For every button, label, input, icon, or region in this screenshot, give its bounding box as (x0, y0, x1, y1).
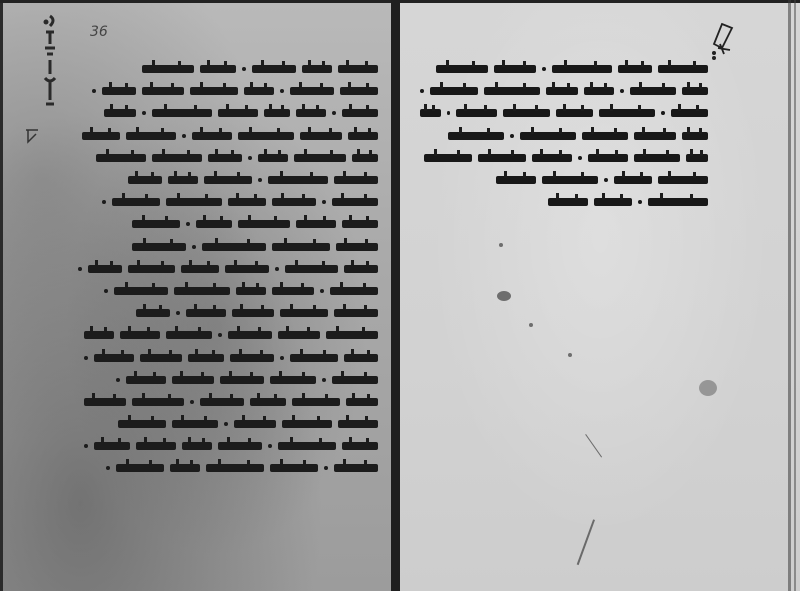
script-word (258, 154, 288, 162)
script-word (294, 154, 346, 162)
corner-mark-icon (710, 22, 740, 62)
script-word (174, 287, 230, 295)
text-line (78, 80, 378, 102)
script-word (192, 132, 232, 140)
script-word (268, 176, 328, 184)
script-word (126, 376, 166, 384)
punctuation-dot (322, 200, 326, 204)
text-line (78, 258, 378, 280)
script-word (230, 354, 274, 362)
script-word (116, 464, 164, 472)
punctuation-dot (268, 444, 272, 448)
script-word (344, 265, 378, 273)
punctuation-dot (280, 356, 284, 360)
script-word (552, 65, 612, 73)
script-word (218, 442, 262, 450)
ink-speck (568, 353, 572, 357)
punctuation-dot (275, 267, 279, 271)
script-word (142, 65, 194, 73)
script-word (272, 243, 330, 251)
text-line (78, 169, 378, 191)
script-word (336, 243, 378, 251)
punctuation-dot (116, 378, 120, 382)
script-word (102, 87, 136, 95)
script-word (290, 87, 334, 95)
script-word (172, 376, 214, 384)
text-line (420, 80, 708, 102)
script-word (496, 176, 536, 184)
text-line (78, 125, 378, 147)
script-word (128, 176, 162, 184)
script-word (686, 154, 708, 162)
script-word (584, 87, 614, 95)
text-line (78, 280, 378, 302)
script-word (128, 265, 175, 273)
script-word (478, 154, 526, 162)
script-word (142, 87, 184, 95)
script-word (326, 331, 378, 339)
punctuation-dot (142, 111, 146, 115)
punctuation-dot (320, 289, 324, 293)
script-word (172, 420, 218, 428)
punctuation-dot (332, 111, 336, 115)
script-word (204, 176, 252, 184)
script-word (84, 331, 114, 339)
page-edge-line (788, 0, 791, 591)
punctuation-dot (192, 245, 196, 249)
script-word (634, 132, 676, 140)
script-word (114, 287, 168, 295)
script-word (96, 154, 146, 162)
text-line (78, 236, 378, 258)
punctuation-dot (638, 200, 642, 204)
script-word (352, 154, 378, 162)
script-word (82, 132, 120, 140)
script-word (532, 154, 572, 162)
script-word (238, 132, 294, 140)
punctuation-dot (106, 466, 110, 470)
script-word (682, 87, 708, 95)
script-word (344, 354, 378, 362)
script-word (599, 109, 655, 117)
script-word (342, 442, 378, 450)
script-word (190, 87, 238, 95)
script-word (348, 132, 378, 140)
script-word (200, 398, 244, 406)
text-line (78, 213, 378, 235)
script-word (84, 398, 126, 406)
text-line (78, 391, 378, 413)
punctuation-dot (510, 134, 514, 138)
punctuation-dot (661, 111, 665, 115)
script-word (342, 109, 378, 117)
text-line (78, 369, 378, 391)
script-word (118, 420, 166, 428)
punctuation-dot (84, 444, 88, 448)
script-word (290, 354, 338, 362)
marginal-note-icon (40, 10, 60, 120)
script-word (94, 442, 130, 450)
text-line (420, 169, 708, 191)
book-gutter (391, 0, 400, 591)
script-word (334, 176, 378, 184)
script-word (448, 132, 504, 140)
script-word (340, 87, 378, 95)
text-line (78, 58, 378, 80)
text-line (78, 324, 378, 346)
script-word (225, 265, 269, 273)
script-word (270, 376, 316, 384)
script-word (296, 109, 326, 117)
script-word (182, 442, 212, 450)
script-word (484, 87, 540, 95)
page-edge-line (794, 0, 796, 591)
ink-blot (497, 291, 511, 301)
script-word (338, 65, 378, 73)
script-word (166, 331, 212, 339)
script-word (332, 376, 378, 384)
script-word (556, 109, 593, 117)
script-word (104, 109, 136, 117)
script-word (424, 154, 472, 162)
punctuation-dot (218, 333, 222, 337)
script-word (136, 442, 176, 450)
script-word (272, 287, 314, 295)
script-word (272, 198, 316, 206)
script-word (228, 331, 272, 339)
text-line (420, 147, 708, 169)
script-word (168, 176, 198, 184)
script-word (166, 198, 222, 206)
script-word (136, 309, 170, 317)
script-word (302, 65, 332, 73)
punctuation-dot (324, 466, 328, 470)
punctuation-dot (224, 422, 228, 426)
punctuation-dot (420, 89, 424, 93)
ink-speck (499, 243, 503, 247)
script-word (280, 309, 328, 317)
script-word (140, 354, 182, 362)
script-word (206, 464, 264, 472)
script-word (232, 309, 274, 317)
script-word (218, 109, 258, 117)
text-line (78, 147, 378, 169)
script-word (228, 198, 266, 206)
script-word (126, 132, 176, 140)
text-line (78, 102, 378, 124)
script-word (346, 398, 378, 406)
text-line (78, 457, 378, 479)
script-word (270, 464, 318, 472)
text-line (420, 191, 708, 213)
punctuation-dot (104, 289, 108, 293)
script-word (420, 109, 441, 117)
script-word (152, 109, 212, 117)
script-word (152, 154, 202, 162)
punctuation-dot (78, 267, 82, 271)
script-word (503, 109, 550, 117)
script-word (252, 65, 296, 73)
folio-number: 36 (90, 24, 108, 40)
punctuation-dot (258, 178, 262, 182)
script-word (648, 198, 708, 206)
punctuation-dot (84, 356, 88, 360)
script-word (430, 87, 478, 95)
ink-blot (699, 380, 717, 396)
script-word (234, 420, 276, 428)
script-word (588, 154, 628, 162)
script-word (238, 220, 290, 228)
script-word (342, 220, 378, 228)
punctuation-dot (322, 378, 326, 382)
punctuation-dot (447, 111, 451, 115)
script-word (132, 220, 180, 228)
margin-mark-icon (24, 128, 40, 146)
script-word (250, 398, 286, 406)
punctuation-dot (186, 222, 190, 226)
script-word (618, 65, 652, 73)
punctuation-dot (242, 67, 246, 71)
script-word (682, 132, 708, 140)
script-word (456, 109, 497, 117)
script-word (300, 132, 342, 140)
script-word (658, 176, 708, 184)
text-line (78, 346, 378, 368)
punctuation-dot (578, 156, 582, 160)
script-word (236, 287, 266, 295)
punctuation-dot (176, 311, 180, 315)
script-word (658, 65, 708, 73)
script-word (285, 265, 338, 273)
script-word (330, 287, 378, 295)
script-word (546, 87, 578, 95)
script-word (282, 420, 332, 428)
script-word (494, 65, 536, 73)
script-word (186, 309, 226, 317)
text-line (420, 102, 708, 124)
punctuation-dot (620, 89, 624, 93)
punctuation-dot (190, 400, 194, 404)
manuscript-spread: 36 Manuscript two-page spread (Syriac sc… (0, 0, 800, 591)
script-word (200, 65, 236, 73)
script-word (582, 132, 628, 140)
script-word (520, 132, 576, 140)
punctuation-dot (248, 156, 252, 160)
script-word (188, 354, 224, 362)
script-word (334, 464, 378, 472)
script-word (594, 198, 632, 206)
script-word (181, 265, 219, 273)
script-word (196, 220, 232, 228)
punctuation-dot (604, 178, 608, 182)
script-word (332, 198, 378, 206)
script-word (671, 109, 708, 117)
script-word (244, 87, 274, 95)
right-page-text (420, 58, 708, 213)
text-line (78, 435, 378, 457)
script-word (614, 176, 652, 184)
left-page-text (78, 58, 378, 480)
script-word (292, 398, 340, 406)
punctuation-dot (182, 134, 186, 138)
script-word (264, 109, 290, 117)
script-word (202, 243, 266, 251)
script-word (132, 243, 186, 251)
script-word (436, 65, 488, 73)
text-line (420, 58, 708, 80)
text-line (78, 413, 378, 435)
script-word (94, 354, 134, 362)
script-word (278, 442, 336, 450)
script-word (548, 198, 588, 206)
script-word (112, 198, 160, 206)
text-line (420, 125, 708, 147)
script-word (208, 154, 242, 162)
script-word (170, 464, 200, 472)
script-word (630, 87, 676, 95)
text-line (78, 191, 378, 213)
script-word (132, 398, 184, 406)
script-word (542, 176, 598, 184)
script-word (334, 309, 378, 317)
punctuation-dot (92, 89, 96, 93)
script-word (296, 220, 336, 228)
script-word (88, 265, 122, 273)
script-word (278, 331, 320, 339)
script-word (338, 420, 378, 428)
ink-speck (529, 323, 533, 327)
punctuation-dot (102, 200, 106, 204)
script-word (120, 331, 160, 339)
text-line (78, 302, 378, 324)
punctuation-dot (542, 67, 546, 71)
script-word (220, 376, 264, 384)
punctuation-dot (280, 89, 284, 93)
script-word (634, 154, 680, 162)
